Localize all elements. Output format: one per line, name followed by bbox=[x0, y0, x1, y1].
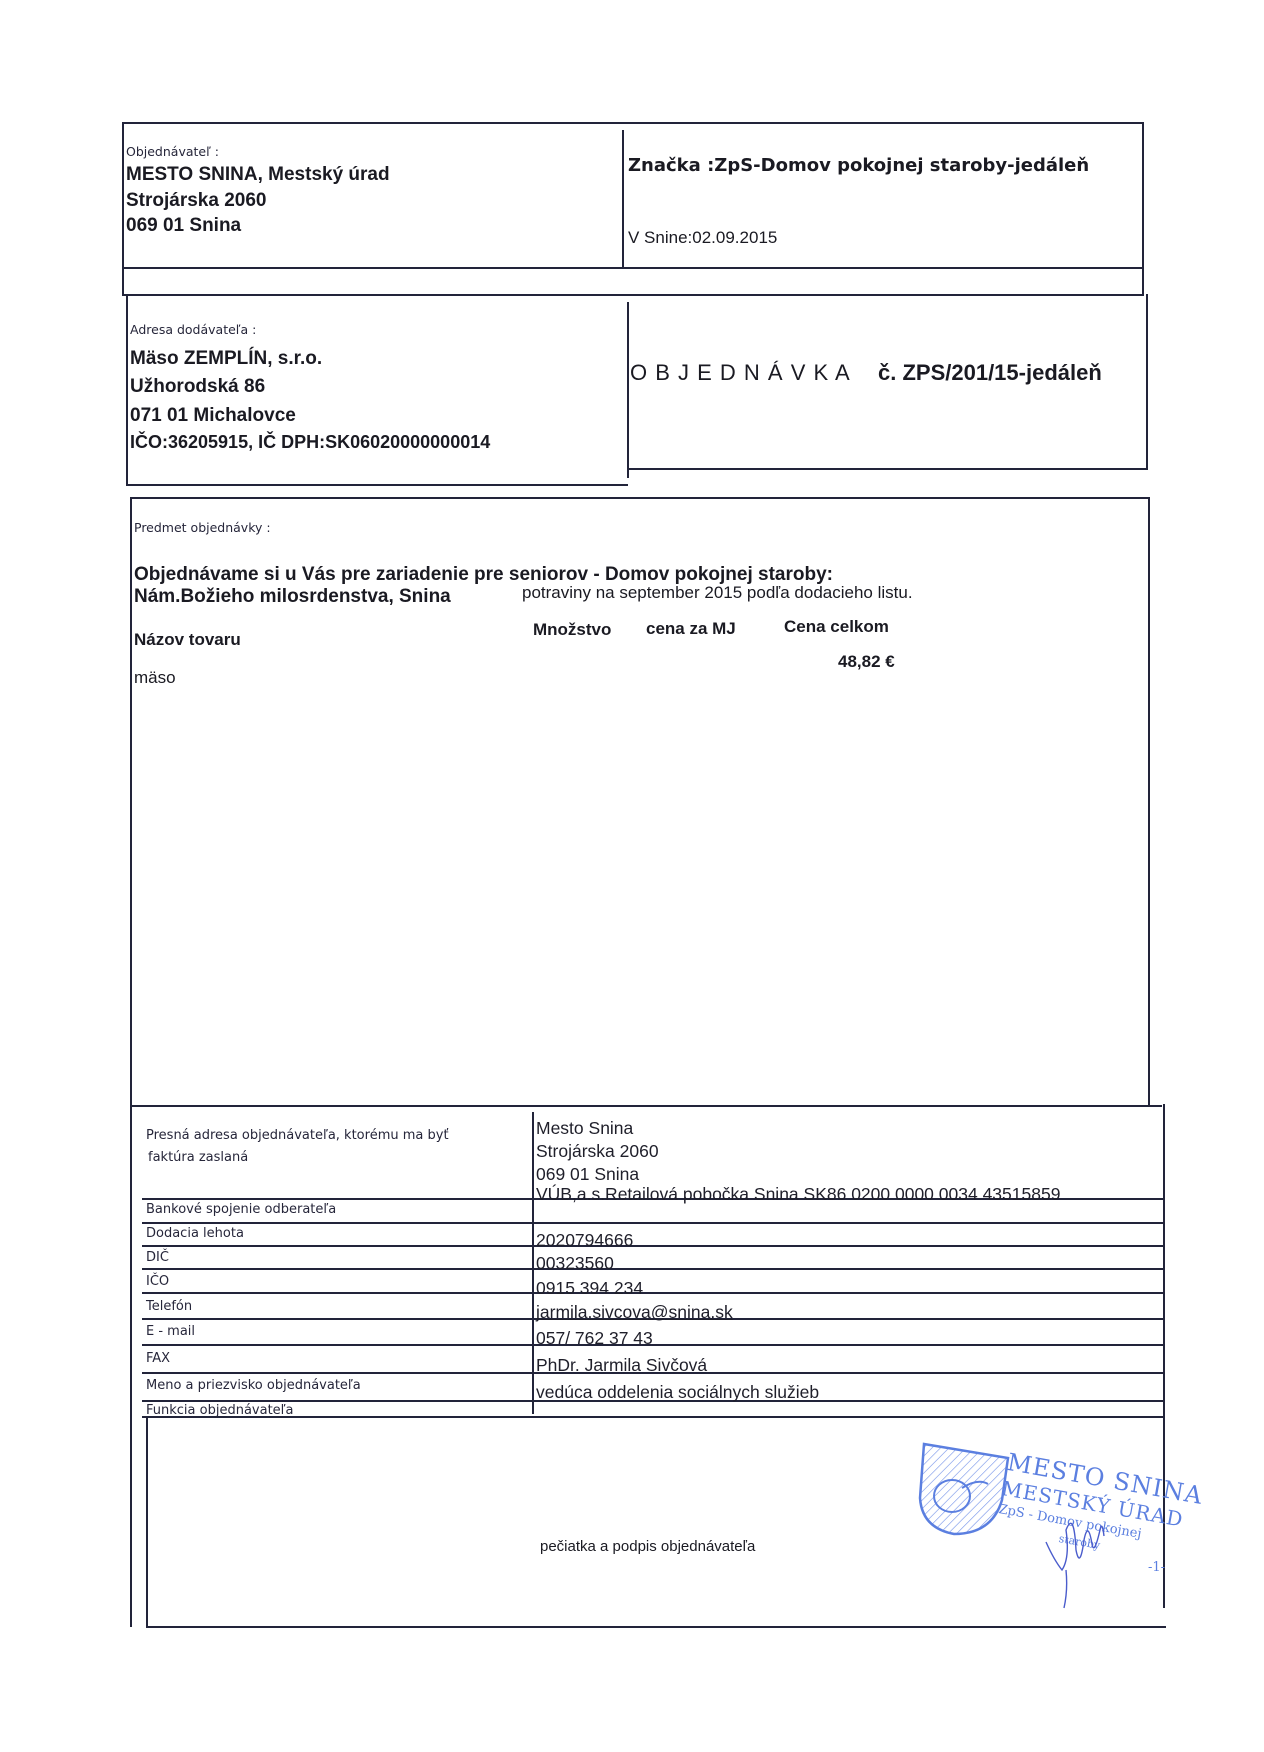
row-label-bank: Bankové spojenie odberateľa bbox=[146, 1202, 336, 1217]
supplier-ids: IČO:36205915, IČ DPH:SK06020000000014 bbox=[130, 432, 490, 453]
orderer-person-name: PhDr. Jarmila Sivčová bbox=[536, 1355, 707, 1376]
divider bbox=[142, 1222, 1164, 1224]
phone-value: 0915 394 234 bbox=[536, 1278, 643, 1299]
row-label-orderer-function: Funkcia objednávateľa bbox=[146, 1403, 294, 1418]
order-date: V Snine:02.09.2015 bbox=[628, 228, 777, 248]
divider bbox=[1148, 497, 1150, 1107]
divider bbox=[122, 294, 1144, 296]
column-unit-price: cena za MJ bbox=[646, 619, 736, 639]
row-label-phone: Telefón bbox=[146, 1299, 192, 1314]
column-quantity: Množstvo bbox=[533, 620, 611, 640]
subject-description: potraviny na september 2015 podľa dodaci… bbox=[522, 583, 913, 603]
divider bbox=[142, 1268, 1164, 1270]
page-number-mark: -1- bbox=[1148, 1560, 1165, 1575]
orderer-street: Strojárska 2060 bbox=[126, 190, 267, 212]
order-title: O B J E D N Á V K A bbox=[630, 360, 851, 386]
signature-caption: pečiatka a podpis objednávateľa bbox=[540, 1538, 755, 1555]
divider bbox=[142, 1245, 1164, 1247]
email-link[interactable]: jarmila.sivcova@snina.sk bbox=[536, 1302, 733, 1323]
orderer-city: 069 01 Snina bbox=[126, 215, 241, 237]
divider bbox=[130, 497, 1148, 499]
divider bbox=[126, 484, 628, 486]
row-label-delivery-time: Dodacia lehota bbox=[146, 1226, 244, 1241]
invoice-address-line2: Strojárska 2060 bbox=[536, 1141, 659, 1162]
subject-location: Nám.Božieho milosrdenstva, Snina bbox=[134, 586, 451, 608]
column-item-name: Názov tovaru bbox=[134, 630, 241, 650]
divider bbox=[142, 1292, 1164, 1294]
divider bbox=[122, 267, 1144, 269]
handwritten-signature-icon bbox=[1040, 1500, 1120, 1610]
row-label-invoice-address: Presná adresa objednávateľa, ktorému ma … bbox=[146, 1128, 449, 1143]
divider bbox=[146, 1626, 1166, 1628]
row-label-ico: IČO bbox=[146, 1274, 169, 1289]
bank-value: VÚB,a.s.Retailová pobočka Snina SK86 020… bbox=[536, 1184, 1060, 1205]
row-label-email: E - mail bbox=[146, 1324, 195, 1339]
divider bbox=[122, 122, 124, 296]
orderer-label: Objednávateľ : bbox=[126, 144, 219, 159]
orderer-function: vedúca oddelenia sociálnych služieb bbox=[536, 1382, 819, 1403]
supplier-street: Užhorodská 86 bbox=[130, 376, 265, 398]
item-name: mäso bbox=[134, 668, 176, 688]
row-label-orderer-name: Meno a priezvisko objednávateľa bbox=[146, 1378, 361, 1393]
dic-value: 2020794666 bbox=[536, 1230, 633, 1251]
divider bbox=[130, 497, 132, 1627]
divider bbox=[532, 1112, 534, 1414]
supplier-name: Mäso ZEMPLÍN, s.r.o. bbox=[130, 348, 322, 370]
divider bbox=[1146, 294, 1148, 470]
divider bbox=[142, 1416, 1164, 1418]
divider bbox=[126, 294, 128, 486]
reference-mark: Značka :ZpS-Domov pokojnej staroby-jedál… bbox=[628, 155, 1089, 176]
order-number: č. ZPS/201/15-jedáleň bbox=[878, 360, 1102, 386]
supplier-city: 071 01 Michalovce bbox=[130, 405, 296, 427]
orderer-name: MESTO SNINA, Mestský úrad bbox=[126, 164, 390, 186]
divider bbox=[122, 122, 1144, 124]
invoice-address-line1: Mesto Snina bbox=[536, 1118, 633, 1139]
fax-value: 057/ 762 37 43 bbox=[536, 1328, 653, 1349]
row-label-invoice-address-cont: faktúra zaslaná bbox=[148, 1150, 248, 1165]
divider bbox=[627, 302, 629, 478]
invoice-address-line3: 069 01 Snina bbox=[536, 1164, 639, 1185]
divider bbox=[622, 130, 624, 268]
divider bbox=[146, 1416, 148, 1628]
divider bbox=[1142, 122, 1144, 296]
column-total: Cena celkom bbox=[784, 617, 889, 637]
supplier-label: Adresa dodávateľa : bbox=[130, 322, 256, 337]
row-label-fax: FAX bbox=[146, 1351, 170, 1366]
divider bbox=[628, 468, 1148, 470]
row-label-dic: DIČ bbox=[146, 1250, 169, 1265]
divider bbox=[142, 1344, 1164, 1346]
item-total: 48,82 € bbox=[838, 652, 895, 672]
ico-value: 00323560 bbox=[536, 1253, 614, 1274]
divider bbox=[132, 1105, 1162, 1107]
divider bbox=[1163, 1104, 1165, 1608]
subject-label: Predmet objednávky : bbox=[134, 520, 271, 535]
